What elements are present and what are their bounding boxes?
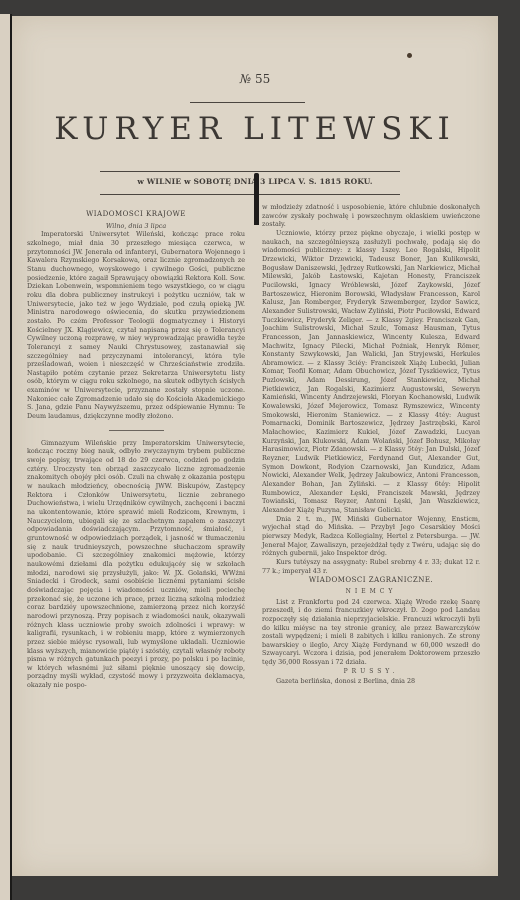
article-arrivals-departures: Dnia 2 t. m., JW. Miński Gubernator Woje… [262, 515, 480, 558]
right-column: w młodzieży zdatność i usposobienie, któ… [262, 203, 480, 686]
newspaper-title: KURYER LITEWSKI [12, 111, 498, 147]
bookmark-ribbon [254, 173, 259, 225]
previous-page-edge [0, 14, 12, 900]
issue-number-value: 55 [255, 72, 270, 86]
article-gymnasium-exams: Gimnazyum Wileńskie przy Imperatorskim U… [27, 439, 245, 690]
article-place-date: Wilno, dnia 3 lipca [27, 222, 245, 231]
article-distinguished-students: Uczniowie, którzy przez piękne obyczaje,… [262, 229, 480, 515]
left-column: WIADOMOSCI KRAJOWE Wilno, dnia 3 lipca I… [27, 210, 245, 690]
section-heading-domestic: WIADOMOSCI KRAJOWE [27, 210, 245, 219]
masthead-rule-top [190, 102, 305, 103]
article-university-session: Imperatorski Uniwersytet Wileński, kończ… [27, 230, 245, 420]
newspaper-page: № 55 KURYER LITEWSKI w WILNIE w SOBOTĘ D… [12, 16, 498, 876]
subheading-germany: NIEMCY [262, 588, 480, 597]
article-frankfurt-letter: List z Frankfortu pod 24 czerwca. Xiążę … [262, 598, 480, 667]
ink-spot [407, 53, 412, 58]
article-exchange-rates: Kurs tutéyszy na assygnaty: Rubel srebrn… [262, 558, 480, 575]
issue-number: № 55 [12, 72, 498, 86]
subheading-prussia: PRUSSY. [262, 668, 480, 677]
dateline-rule-bottom [100, 194, 400, 195]
issue-number-prefix: № [240, 72, 251, 86]
article-continuation: w młodzieży zdatność i usposobienie, któ… [262, 203, 480, 229]
section-heading-foreign: WIADOMOSCI ZAGRANICZNE. [262, 576, 480, 585]
article-berlin-gazette: Gazeta berlińska, donosi z Berlina, dnia… [262, 677, 480, 686]
dateline-rule-top [100, 171, 400, 172]
article-separator [109, 430, 164, 431]
